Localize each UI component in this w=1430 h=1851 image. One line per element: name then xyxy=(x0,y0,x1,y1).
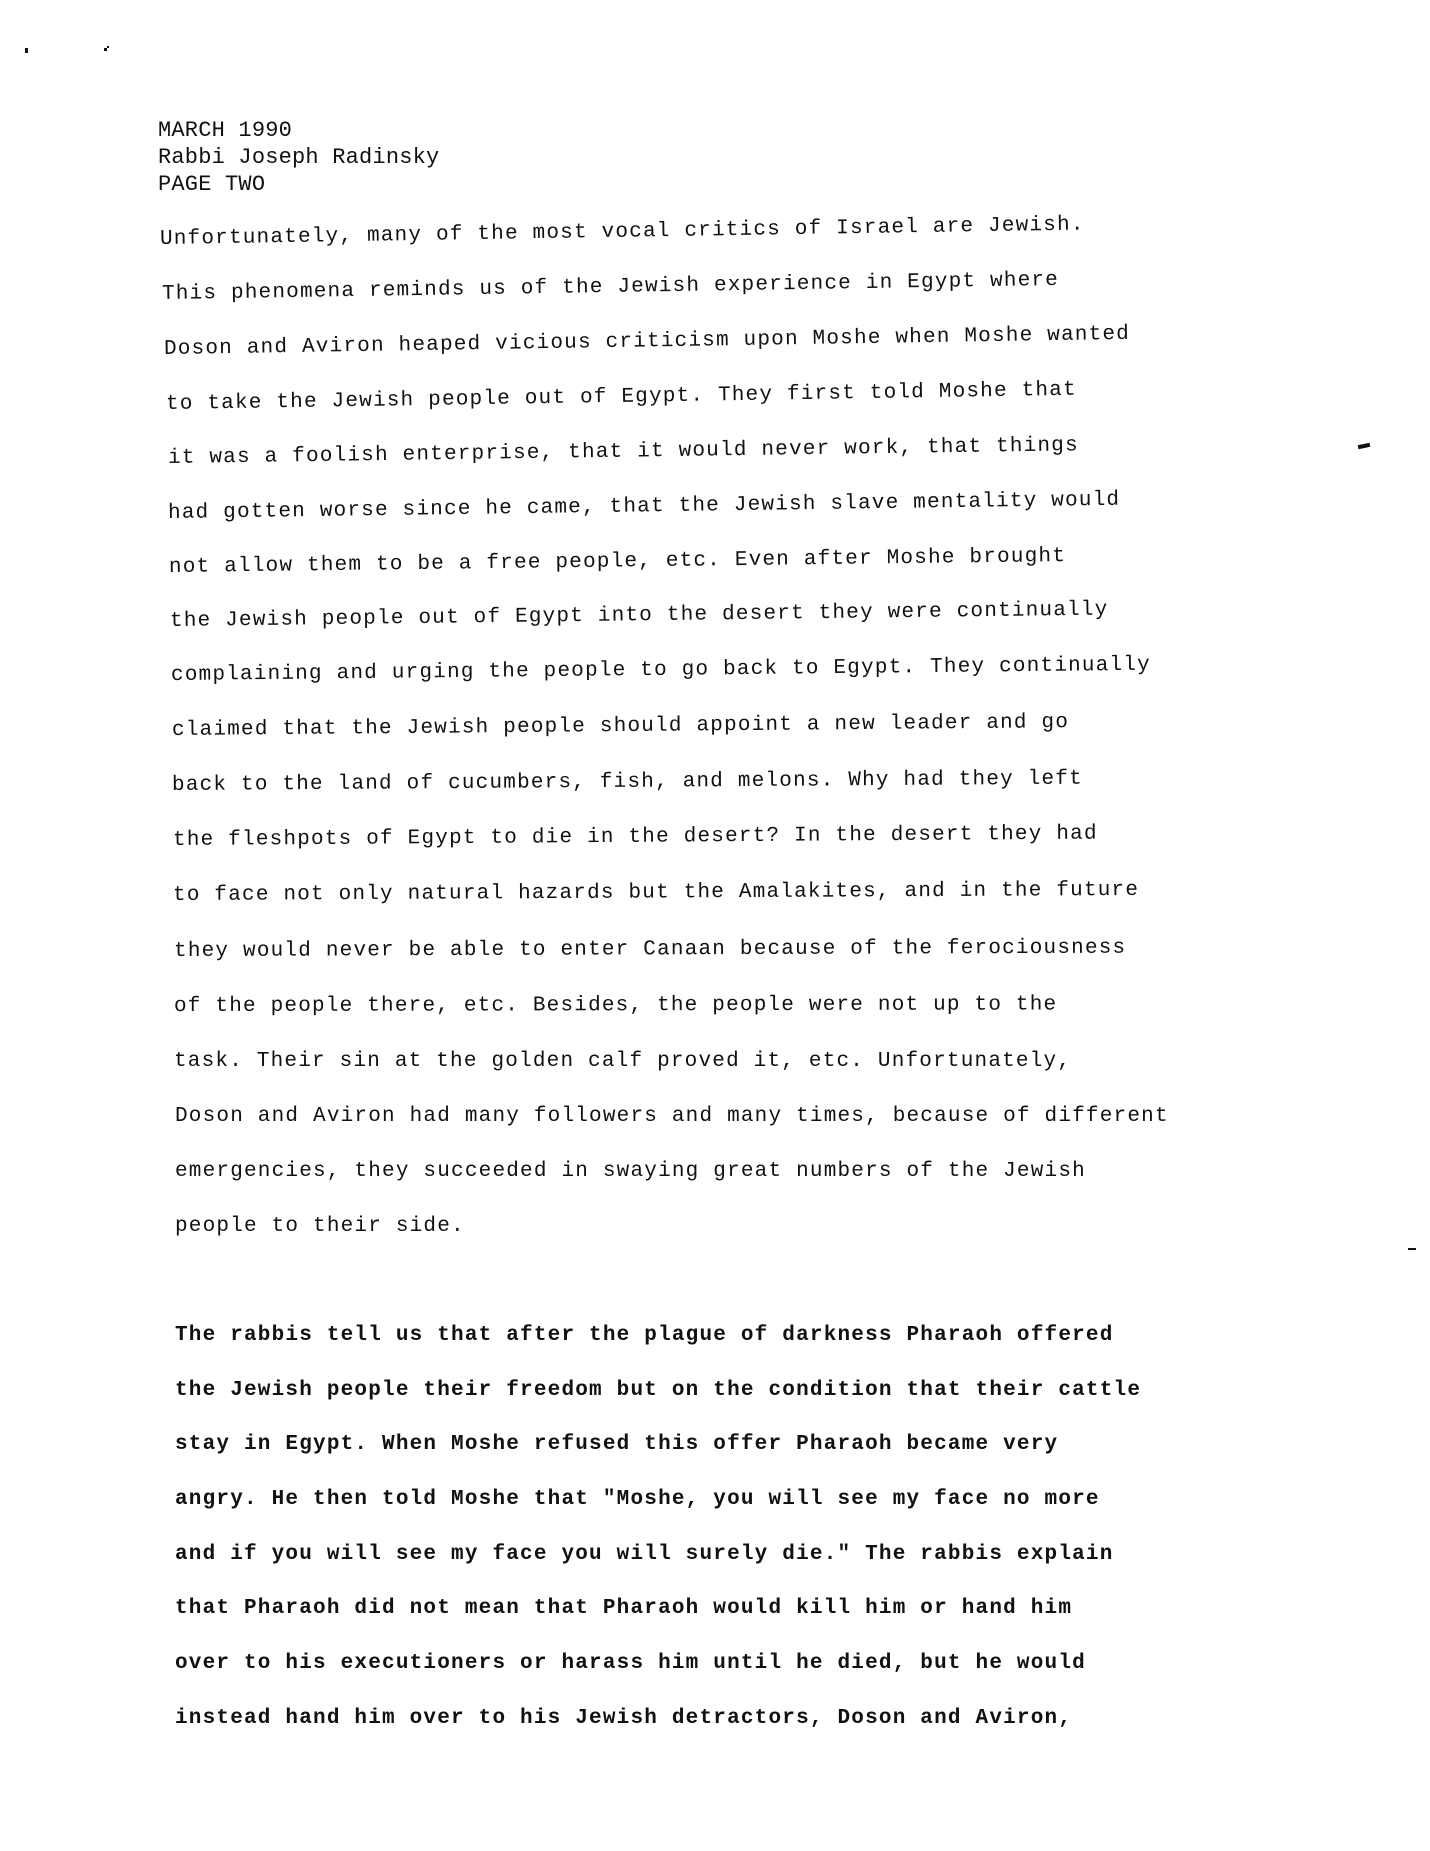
scan-speck xyxy=(1408,1248,1416,1250)
letter-header: MARCH 1990 Rabbi Joseph Radinsky PAGE TW… xyxy=(158,117,439,198)
text-line: Unfortunately, many of the most vocal cr… xyxy=(160,213,1085,251)
text-line: Doson and Aviron had many followers and … xyxy=(175,1105,1169,1128)
text-line: of the people there, etc. Besides, the p… xyxy=(174,993,1057,1018)
text-line: the fleshpots of Egypt to die in the des… xyxy=(173,823,1098,852)
document-page: MARCH 1990 Rabbi Joseph Radinsky PAGE TW… xyxy=(0,0,1430,1851)
text-line: to take the Jewish people out of Egypt. … xyxy=(166,379,1077,416)
text-line: task. Their sin at the golden calf prove… xyxy=(174,1050,1071,1073)
header-page-label: PAGE TWO xyxy=(158,171,439,198)
scan-speck xyxy=(104,48,107,51)
text-line: people to their side. xyxy=(175,1215,465,1238)
text-line: complaining and urging the people to go … xyxy=(171,654,1151,687)
header-date: MARCH 1990 xyxy=(158,117,439,144)
text-line: emergencies, they succeeded in swaying g… xyxy=(175,1160,1086,1183)
text-line: stay in Egypt. When Moshe refused this o… xyxy=(175,1433,1058,1456)
text-line: The rabbis tell us that after the plague… xyxy=(175,1324,1114,1347)
text-line: claimed that the Jewish people should ap… xyxy=(172,711,1069,742)
scan-speck xyxy=(1358,443,1371,449)
text-line: the Jewish people out of Egypt into the … xyxy=(170,599,1109,633)
text-line: over to his executioners or harass him u… xyxy=(175,1652,1086,1675)
text-line: to face not only natural hazards but the… xyxy=(173,879,1139,907)
text-line: the Jewish people their freedom but on t… xyxy=(175,1379,1141,1402)
text-line: instead hand him over to his Jewish detr… xyxy=(175,1707,1072,1730)
scan-speck xyxy=(107,46,109,48)
text-line: angry. He then told Moshe that "Moshe, y… xyxy=(175,1488,1100,1511)
text-line: back to the land of cucumbers, fish, and… xyxy=(172,768,1083,797)
text-line: This phenomena reminds us of the Jewish … xyxy=(162,269,1059,306)
text-line: Doson and Aviron heaped vicious criticis… xyxy=(164,323,1130,361)
text-line: had gotten worse since he came, that the… xyxy=(168,489,1121,525)
text-line: that Pharaoh did not mean that Pharaoh w… xyxy=(175,1597,1072,1620)
text-line: they would never be able to enter Canaan… xyxy=(174,937,1126,963)
text-line: it was a foolish enterprise, that it wou… xyxy=(168,434,1079,470)
scan-speck xyxy=(25,48,28,53)
header-author: Rabbi Joseph Radinsky xyxy=(158,144,439,171)
text-line: not allow them to be a free people, etc.… xyxy=(169,545,1066,579)
text-line: and if you will see my face you will sur… xyxy=(175,1543,1114,1566)
